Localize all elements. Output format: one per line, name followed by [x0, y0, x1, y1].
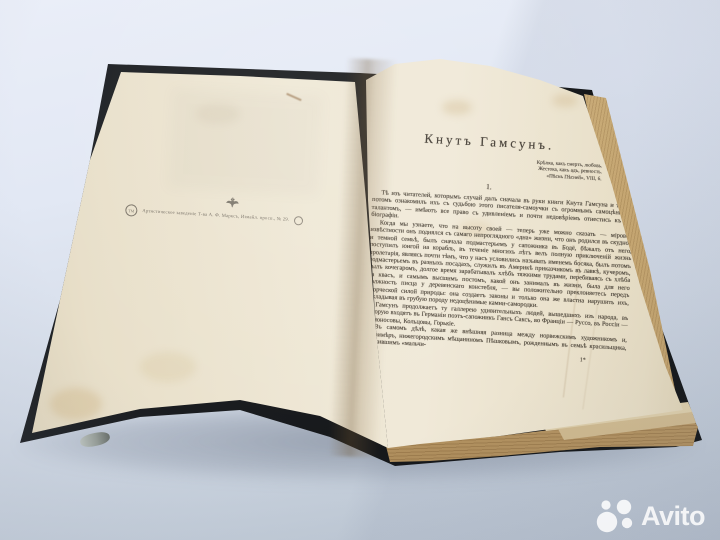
avito-wordmark: Avito [641, 503, 705, 530]
avito-logo-icon [596, 498, 636, 534]
photo-backdrop: ТМ Артистическое заведеніе Т-ва А. Ф. Ма… [0, 0, 720, 540]
avito-watermark: Avito [596, 498, 705, 534]
photo-vignette [0, 0, 720, 540]
